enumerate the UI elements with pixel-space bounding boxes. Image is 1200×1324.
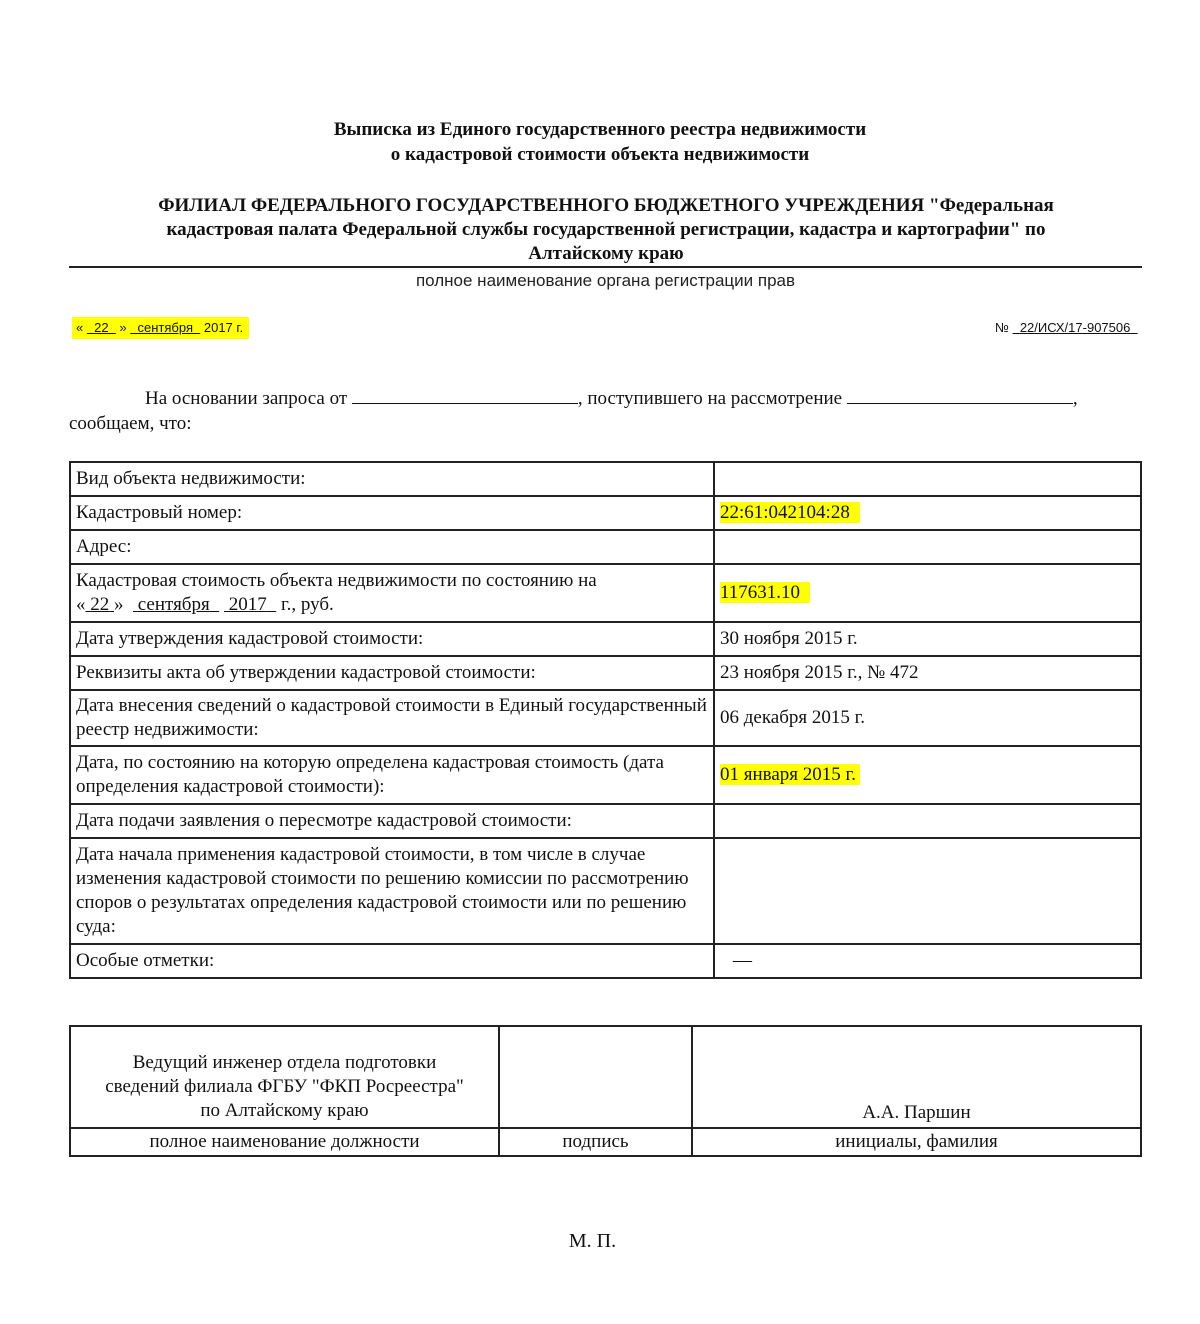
number-value: 22/ИСХ/17-907506 (1013, 320, 1138, 335)
caption-name: инициалы, фамилия (692, 1128, 1141, 1156)
valuation-date: 01 января 2015 г. (720, 764, 860, 785)
caption-signature: подпись (499, 1128, 692, 1156)
organization-name-line1: ФИЛИАЛ ФЕДЕРАЛЬНОГО ГОСУДАРСТВЕННОГО БЮД… (70, 194, 1142, 217)
row-value: 06 декабря 2015 г. (714, 690, 1141, 746)
cadastral-number: 22:61:042104:28 (720, 502, 860, 523)
row-value: 23 ноября 2015 г., № 472 (714, 656, 1141, 690)
intro-part1: На основании запроса от (145, 388, 347, 409)
special-notes-value: — (714, 944, 1141, 978)
signature-cell (499, 1026, 692, 1128)
document-title-line2: о кадастровой стоимости объекта недвижим… (0, 143, 1200, 167)
date-open-quote: « (76, 320, 83, 335)
row-value: 30 ноября 2015 г. (714, 622, 1141, 656)
organization-caption: полное наименование органа регистрации п… (69, 271, 1142, 291)
document-title-line1: Выписка из Единого государственного реес… (0, 118, 1200, 142)
table-row: Дата подачи заявления о пересмотре кадас… (70, 804, 1141, 838)
cost-date: « 22 » сентября 2017 г., руб. (76, 594, 334, 615)
table-row: Дата внесения сведений о кадастровой сто… (70, 690, 1141, 746)
row-value (714, 838, 1141, 944)
table-row: Кадастровая стоимость объекта недвижимос… (70, 564, 1141, 622)
position-cell: Ведущий инженер отдела подготовки сведен… (70, 1026, 499, 1128)
received-date-blank (847, 385, 1073, 404)
row-label: Адрес: (70, 530, 714, 564)
date-day: 22 (87, 320, 116, 335)
cadastral-cost-cell: 117631.10 (714, 564, 1141, 622)
cadastral-number-cell: 22:61:042104:28 (714, 496, 1141, 530)
issue-date: « 22 » сентября 2017 г. (72, 317, 249, 339)
row-label: Дата подачи заявления о пересмотре кадас… (70, 804, 714, 838)
row-label-cost: Кадастровая стоимость объекта недвижимос… (70, 564, 714, 622)
table-row: Особые отметки: — (70, 944, 1141, 978)
row-value (714, 462, 1141, 496)
intro-part2: , поступившего на рассмотрение (578, 388, 842, 409)
row-label: Дата начала применения кадастровой стоим… (70, 838, 714, 944)
date-close-quote: » (119, 320, 126, 335)
row-label: Дата, по состоянию на которую определена… (70, 746, 714, 804)
table-row: Вид объекта недвижимости: (70, 462, 1141, 496)
date-month: сентября (130, 320, 200, 335)
row-label: Дата внесения сведений о кадастровой сто… (70, 690, 714, 746)
request-date-blank (352, 385, 578, 404)
cadastral-cost: 117631.10 (720, 582, 810, 603)
position-line2: сведений филиала ФГБУ "ФКП Росреестра" (105, 1076, 464, 1097)
intro-paragraph: На основании запроса от , поступившего н… (69, 385, 1142, 436)
signature-table: Ведущий инженер отдела подготовки сведен… (69, 1025, 1142, 1157)
caption-row: полное наименование должности подпись ин… (70, 1128, 1141, 1156)
table-row: Кадастровый номер: 22:61:042104:28 (70, 496, 1141, 530)
row-value (714, 530, 1141, 564)
position-line1: Ведущий инженер отдела подготовки (133, 1052, 437, 1073)
position-line3: по Алтайскому краю (200, 1100, 368, 1121)
cadastral-details-table: Вид объекта недвижимости: Кадастровый но… (69, 461, 1142, 979)
table-row: Дата начала применения кадастровой стоим… (70, 838, 1141, 944)
intro-part3: , (1073, 388, 1078, 409)
date-year: 2017 г. (204, 320, 243, 335)
name-cell: А.А. Паршин (692, 1026, 1141, 1128)
valuation-date-cell: 01 января 2015 г. (714, 746, 1141, 804)
signer-name: А.А. Паршин (862, 1102, 970, 1123)
organization-name-line2: кадастровая палата Федеральной службы го… (70, 218, 1142, 241)
stamp-place: М. П. (0, 1230, 1185, 1253)
table-row: Реквизиты акта об утверждении кадастрово… (70, 656, 1141, 690)
row-label: Дата утверждения кадастровой стоимости: (70, 622, 714, 656)
row-label: Реквизиты акта об утверждении кадастрово… (70, 656, 714, 690)
document-number: № 22/ИСХ/17-907506 (995, 318, 1138, 338)
table-row: Дата утверждения кадастровой стоимости: … (70, 622, 1141, 656)
caption-position: полное наименование должности (70, 1128, 499, 1156)
row-label: Кадастровый номер: (70, 496, 714, 530)
table-row: Адрес: (70, 530, 1141, 564)
row-value (714, 804, 1141, 838)
intro-line2: сообщаем, что: (69, 413, 192, 434)
row-label: Вид объекта недвижимости: (70, 462, 714, 496)
signature-row: Ведущий инженер отдела подготовки сведен… (70, 1026, 1141, 1128)
number-sign: № (995, 320, 1009, 335)
organization-underline (69, 266, 1142, 268)
cost-label: Кадастровая стоимость объекта недвижимос… (76, 570, 597, 591)
organization-name-line3: Алтайскому краю (70, 242, 1142, 265)
row-label: Особые отметки: (70, 944, 714, 978)
table-row: Дата, по состоянию на которую определена… (70, 746, 1141, 804)
